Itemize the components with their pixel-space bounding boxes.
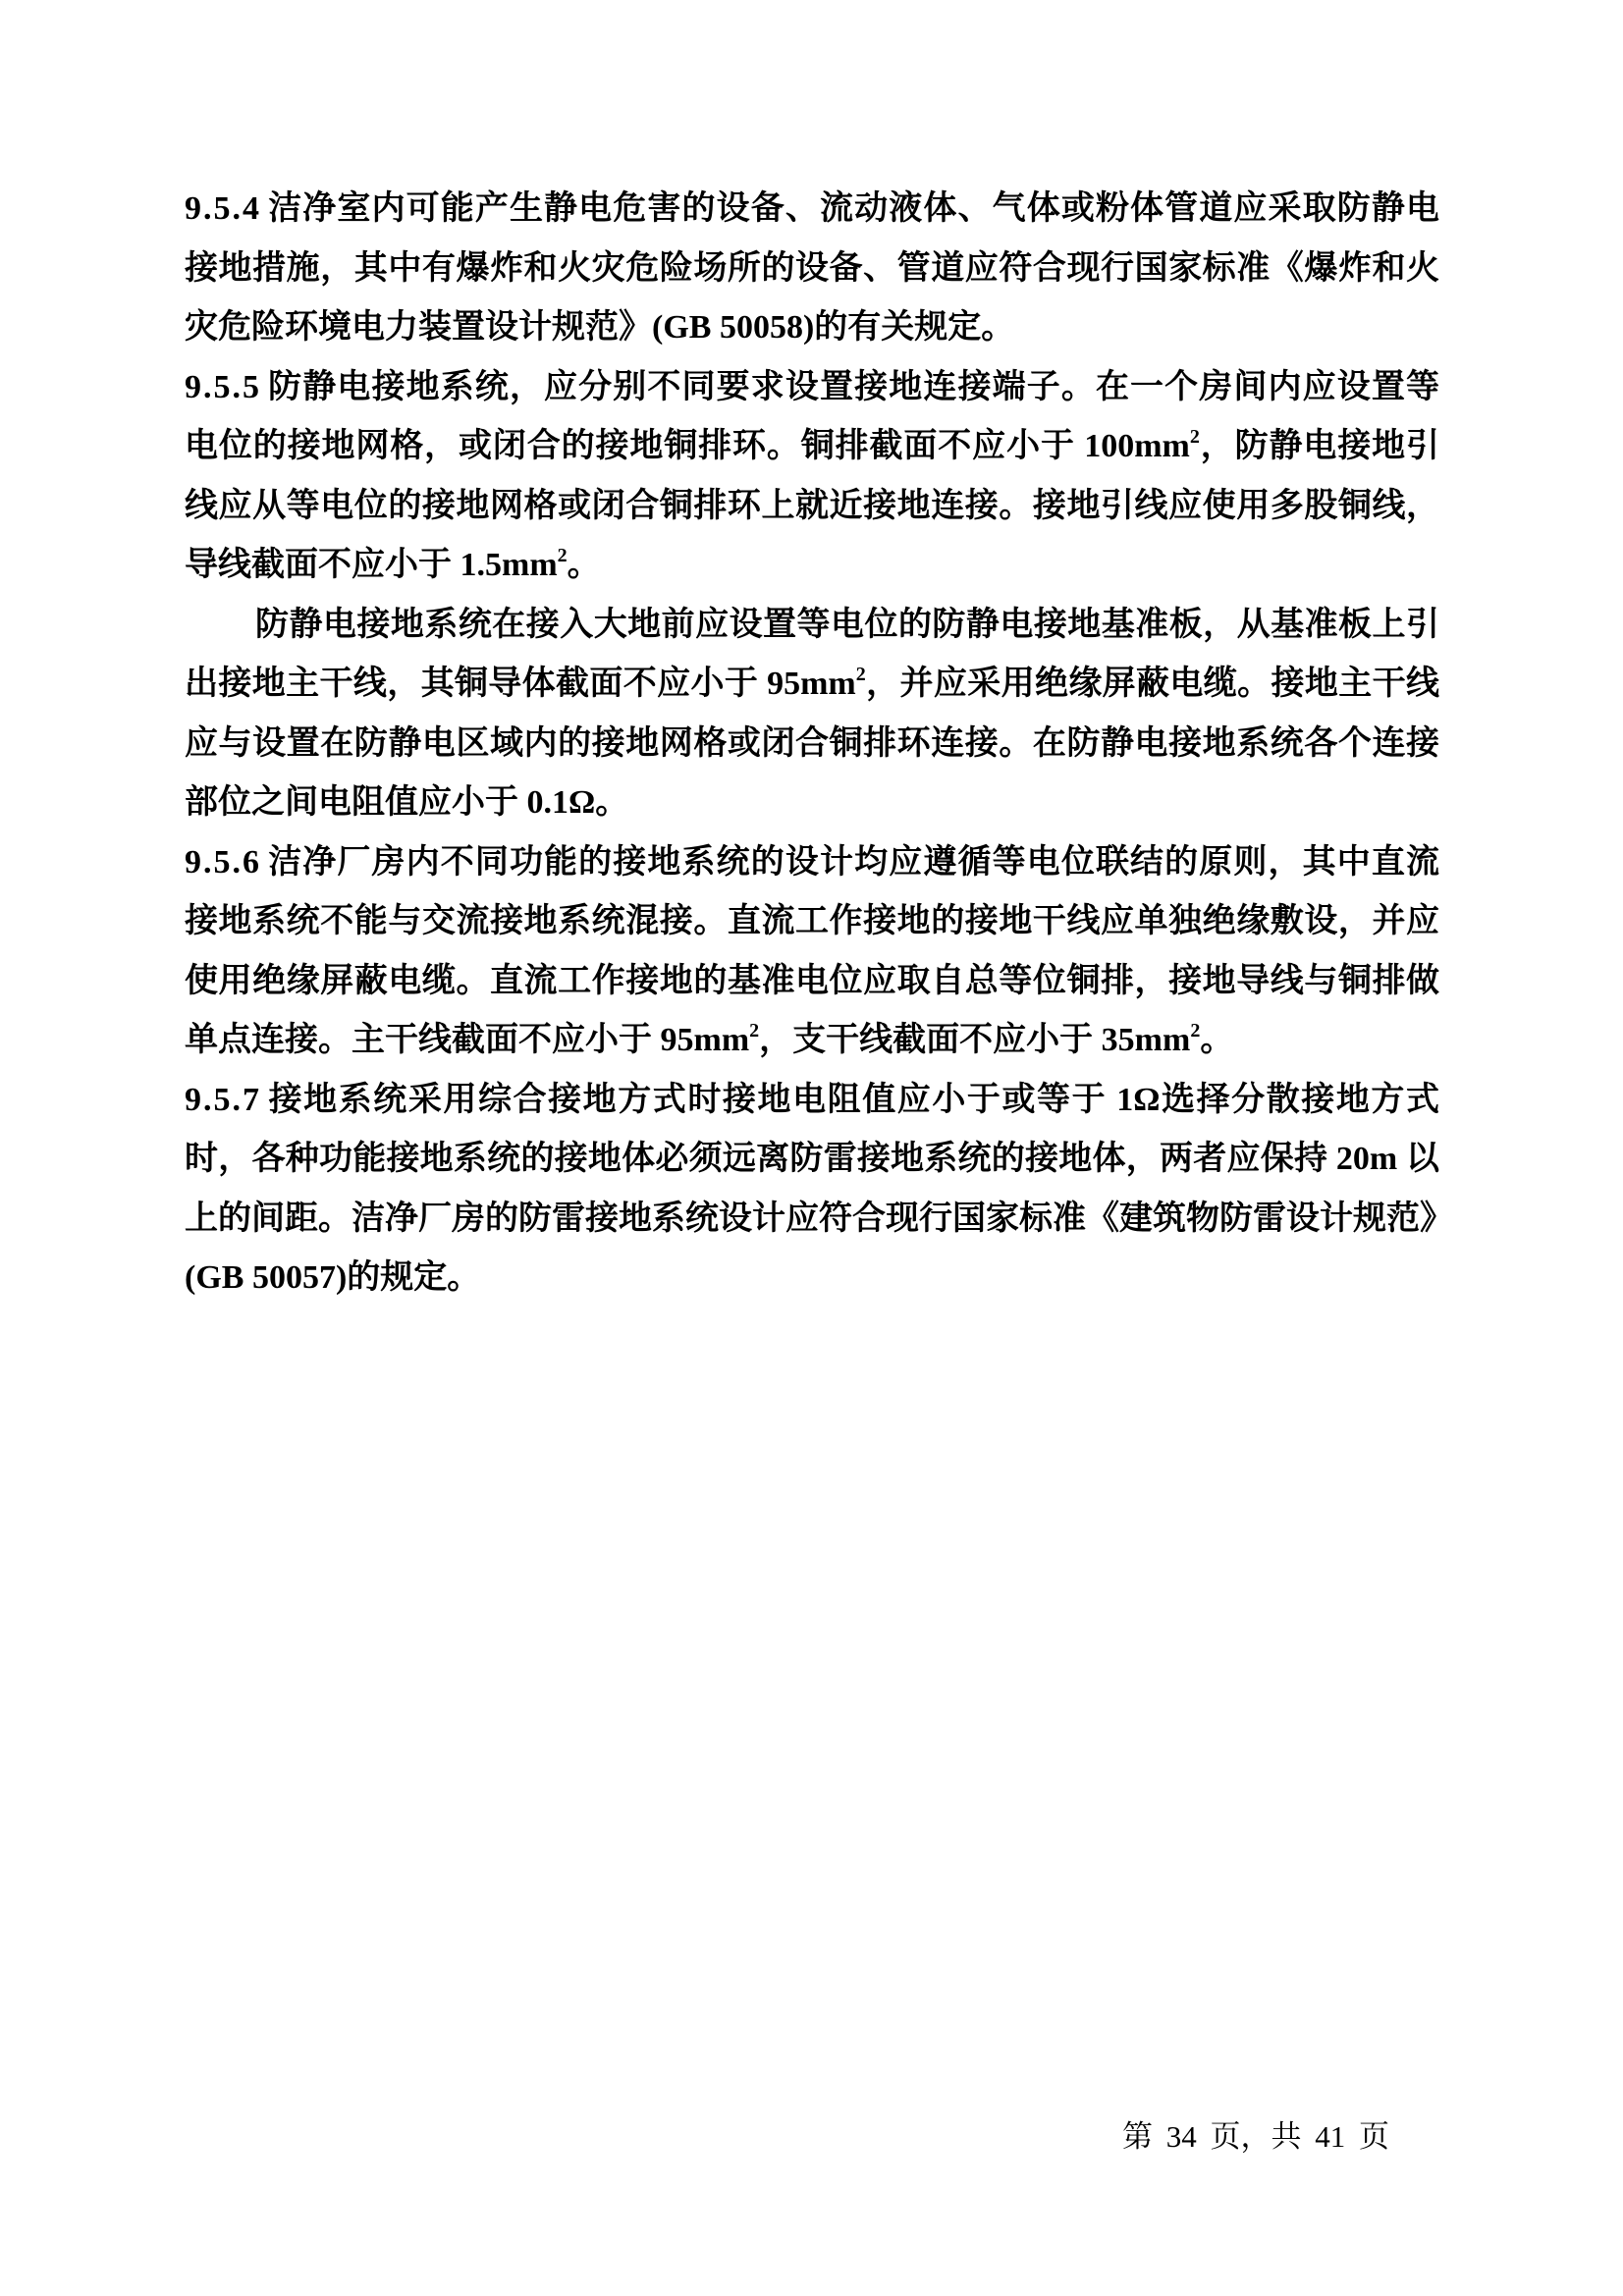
clause-text: 防静电接地系统，应分别不同要求设置接地连接端子。在一个房间内应设置等 <box>267 369 1439 405</box>
clause-text: ，支干线截面不应小于 35mm <box>759 1022 1190 1058</box>
page-label-mid: 页，共 <box>1211 2119 1302 2154</box>
clause-number: 9.5.5 <box>185 358 267 418</box>
clause-text: 接地系统采用综合接地方式时接地电阻值应小于或等于 1Ω选择分散接地方式 <box>267 1082 1439 1118</box>
clause-9-5-6-line-3: 使用绝缘屏蔽电缆。直流工作接地的基准电位应取自总等位铜排，接地导线与铜排做 <box>185 952 1439 1012</box>
superscript: 2 <box>1190 426 1200 448</box>
clause-number: 9.5.6 <box>185 833 267 893</box>
page-number-footer: 第 34 页，共 41 页 <box>1122 2115 1389 2159</box>
clause-text: 单点连接。主干线截面不应小于 95mm <box>185 1022 749 1058</box>
clause-text: 线应从等电位的接地网格或闭合铜排环上就近接地连接。接地引线应使用多股铜线， <box>185 488 1439 524</box>
clause-number: 9.5.7 <box>185 1071 267 1131</box>
clause-text: ，防静电接地引 <box>1200 428 1439 464</box>
paragraph-line-1: 防静电接地系统在接入大地前应设置等电位的防静电接地基准板，从基准板上引 <box>185 596 1439 656</box>
document-body: 9.5.4洁净室内可能产生静电危害的设备、流动液体、气体或粉体管道应采取防静电 … <box>185 180 1439 1308</box>
clause-text: 接地系统不能与交流接地系统混接。直流工作接地的接地干线应单独绝缘敷设，并应 <box>185 903 1439 939</box>
clause-9-5-6-line-4: 单点连接。主干线截面不应小于 95mm2，支干线截面不应小于 35mm2。 <box>185 1011 1439 1071</box>
page-label-prefix: 第 <box>1122 2119 1153 2154</box>
clause-9-5-4-line-1: 9.5.4洁净室内可能产生静电危害的设备、流动液体、气体或粉体管道应采取防静电 <box>185 180 1439 240</box>
clause-9-5-6-line-1: 9.5.6洁净厂房内不同功能的接地系统的设计均应遵循等电位联结的原则，其中直流 <box>185 833 1439 893</box>
clause-9-5-4-line-2: 接地措施，其中有爆炸和火灾危险场所的设备、管道应符合现行国家标准《爆炸和火 <box>185 240 1439 299</box>
clause-text: 。 <box>1200 1022 1233 1058</box>
clause-text: 使用绝缘屏蔽电缆。直流工作接地的基准电位应取自总等位铜排，接地导线与铜排做 <box>185 963 1439 999</box>
current-page-number: 34 <box>1166 2119 1197 2154</box>
clause-text: (GB 50057)的规定。 <box>185 1259 480 1296</box>
clause-9-5-7-line-2: 时，各种功能接地系统的接地体必须远离防雷接地系统的接地体，两者应保持 20m 以 <box>185 1130 1439 1190</box>
clause-9-5-5-line-2: 电位的接地网格，或闭合的接地铜排环。铜排截面不应小于 100mm2，防静电接地引 <box>185 417 1439 477</box>
clause-9-5-7-line-1: 9.5.7接地系统采用综合接地方式时接地电阻值应小于或等于 1Ω选择分散接地方式 <box>185 1071 1439 1131</box>
paragraph-line-3: 应与设置在防静电区域内的接地网格或闭合铜排环连接。在防静电接地系统各个连接 <box>185 715 1439 774</box>
page-label-suffix: 页 <box>1359 2119 1389 2154</box>
clause-text: 。 <box>568 547 601 583</box>
clause-text: 上的间距。洁净厂房的防雷接地系统设计应符合现行国家标准《建筑物防雷设计规范》 <box>185 1201 1453 1237</box>
clause-9-5-6-line-2: 接地系统不能与交流接地系统混接。直流工作接地的接地干线应单独绝缘敷设，并应 <box>185 892 1439 952</box>
clause-text: 时，各种功能接地系统的接地体必须远离防雷接地系统的接地体，两者应保持 20m 以 <box>185 1141 1439 1177</box>
superscript: 2 <box>856 664 866 685</box>
superscript: 2 <box>749 1020 759 1041</box>
clause-text: 洁净厂房内不同功能的接地系统的设计均应遵循等电位联结的原则，其中直流 <box>267 844 1439 881</box>
clause-9-5-4-line-3: 灾危险环境电力装置设计规范》(GB 50058)的有关规定。 <box>185 298 1439 358</box>
clause-9-5-5-line-1: 9.5.5防静电接地系统，应分别不同要求设置接地连接端子。在一个房间内应设置等 <box>185 358 1439 418</box>
clause-text: 电位的接地网格，或闭合的接地铜排环。铜排截面不应小于 100mm <box>185 428 1190 464</box>
paragraph-text: 出接地主干线，其铜导体截面不应小于 95mm <box>185 666 856 702</box>
paragraph-line-4: 部位之间电阻值应小于 0.1Ω。 <box>185 774 1439 833</box>
paragraph-text: 应与设置在防静电区域内的接地网格或闭合铜排环连接。在防静电接地系统各个连接 <box>185 725 1439 762</box>
paragraph-line-2: 出接地主干线，其铜导体截面不应小于 95mm2，并应采用绝缘屏蔽电缆。接地主干线 <box>185 655 1439 715</box>
clause-9-5-5-line-4: 导线截面不应小于 1.5mm2。 <box>185 536 1439 596</box>
paragraph-text: 防静电接地系统在接入大地前应设置等电位的防静电接地基准板，从基准板上引 <box>255 607 1439 643</box>
paragraph-text: 部位之间电阻值应小于 0.1Ω。 <box>185 784 628 821</box>
superscript: 2 <box>1190 1020 1200 1041</box>
superscript: 2 <box>558 545 568 566</box>
clause-text: 导线截面不应小于 1.5mm <box>185 547 558 583</box>
clause-text: 灾危险环境电力装置设计规范》(GB 50058)的有关规定。 <box>185 309 1014 346</box>
clause-9-5-5-line-3: 线应从等电位的接地网格或闭合铜排环上就近接地连接。接地引线应使用多股铜线， <box>185 477 1439 537</box>
clause-text: 接地措施，其中有爆炸和火灾危险场所的设备、管道应符合现行国家标准《爆炸和火 <box>185 250 1439 287</box>
clause-text: 洁净室内可能产生静电危害的设备、流动液体、气体或粉体管道应采取防静电 <box>267 190 1439 227</box>
clause-9-5-7-line-4: (GB 50057)的规定。 <box>185 1249 1439 1308</box>
paragraph-text: ，并应采用绝缘屏蔽电缆。接地主干线 <box>866 666 1439 702</box>
total-page-count: 41 <box>1315 2119 1345 2154</box>
clause-9-5-7-line-3: 上的间距。洁净厂房的防雷接地系统设计应符合现行国家标准《建筑物防雷设计规范》 <box>185 1190 1439 1250</box>
document-page: 9.5.4洁净室内可能产生静电危害的设备、流动液体、气体或粉体管道应采取防静电 … <box>0 0 1623 2296</box>
clause-number: 9.5.4 <box>185 180 267 240</box>
